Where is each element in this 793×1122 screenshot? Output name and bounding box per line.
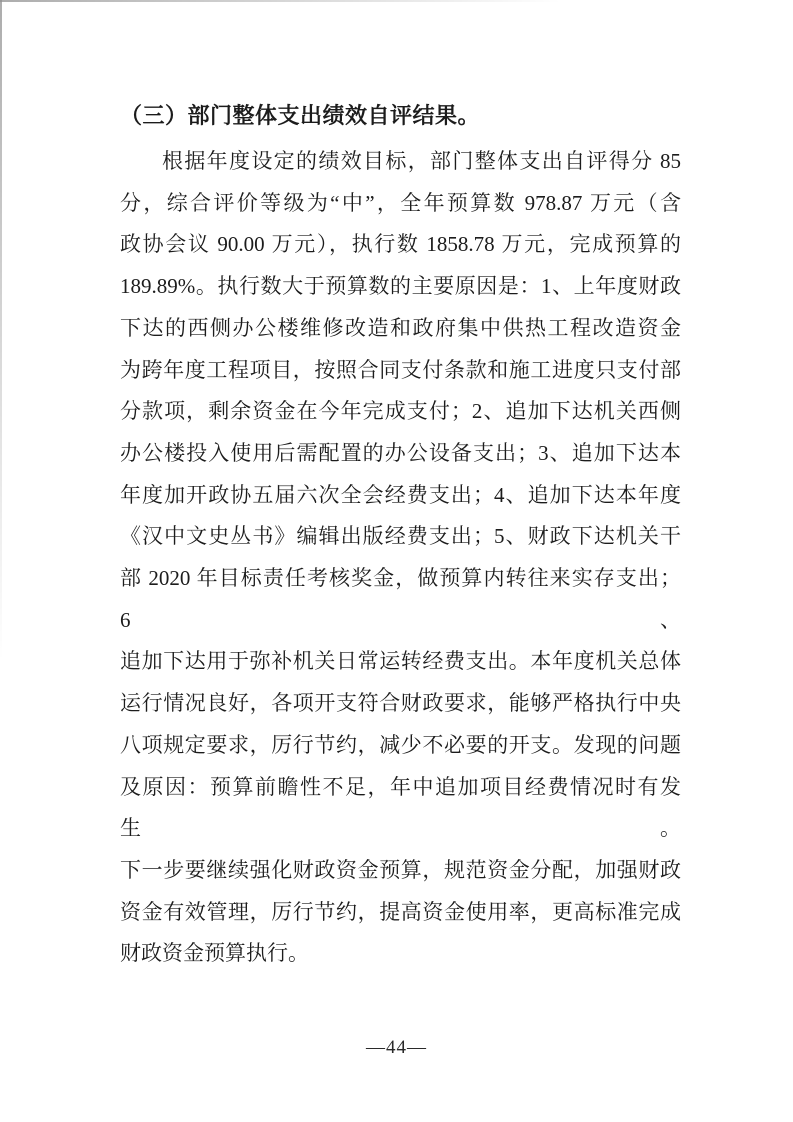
scan-edge-top [0,0,560,2]
paragraph-line: 年度加开政协五届六次全会经费支出；4、追加下达本年度 [120,475,681,517]
paragraph-line: 财政资金预算执行。 [120,933,681,975]
paragraph-line: 及原因：预算前瞻性不足，年中追加项目经费情况时有发生。 [120,767,681,850]
paragraph-line: 八项规定要求，厉行节约，减少不必要的开支。发现的问题 [120,725,681,767]
paragraph-line: 资金有效管理，厉行节约，提高资金使用率，更高标准完成 [120,892,681,934]
paragraph-line: 追加下达用于弥补机关日常运转经费支出。本年度机关总体 [120,641,681,683]
paragraph-line: 为跨年度工程项目，按照合同支付条款和施工进度只支付部 [120,350,681,392]
paragraph-line: 下达的西侧办公楼维修改造和政府集中供热工程改造资金 [120,308,681,350]
section-heading: （三）部门整体支出绩效自评结果。 [120,99,681,130]
paragraph-line: 189.89%。执行数大于预算数的主要原因是：1、上年度财政 [120,266,681,308]
paragraph-line: 《汉中文史丛书》编辑出版经费支出；5、财政下达机关干 [120,516,681,558]
paragraph-line: 分款项，剩余资金在今年完成支付；2、追加下达机关西侧 [120,391,681,433]
scan-edge-left [0,0,2,660]
document-page: （三）部门整体支出绩效自评结果。 根据年度设定的绩效目标，部门整体支出自评得分 … [0,0,793,1122]
paragraph-line: 根据年度设定的绩效目标，部门整体支出自评得分 85 [120,141,681,183]
page-number: —44— [0,1037,793,1059]
paragraph-line: 部 2020 年目标责任考核奖金，做预算内转往来实存支出；6、 [120,558,681,641]
paragraph-line: 政协会议 90.00 万元），执行数 1858.78 万元，完成预算的 [120,224,681,266]
paragraph-line: 运行情况良好，各项开支符合财政要求，能够严格执行中央 [120,683,681,725]
paragraph-line: 下一步要继续强化财政资金预算，规范资金分配，加强财政 [120,850,681,892]
body-paragraph: 根据年度设定的绩效目标，部门整体支出自评得分 85 分，综合评价等级为“中”，全… [120,141,681,975]
paragraph-line: 分，综合评价等级为“中”，全年预算数 978.87 万元（含 [120,183,681,225]
paragraph-line: 办公楼投入使用后需配置的办公设备支出；3、追加下达本 [120,433,681,475]
